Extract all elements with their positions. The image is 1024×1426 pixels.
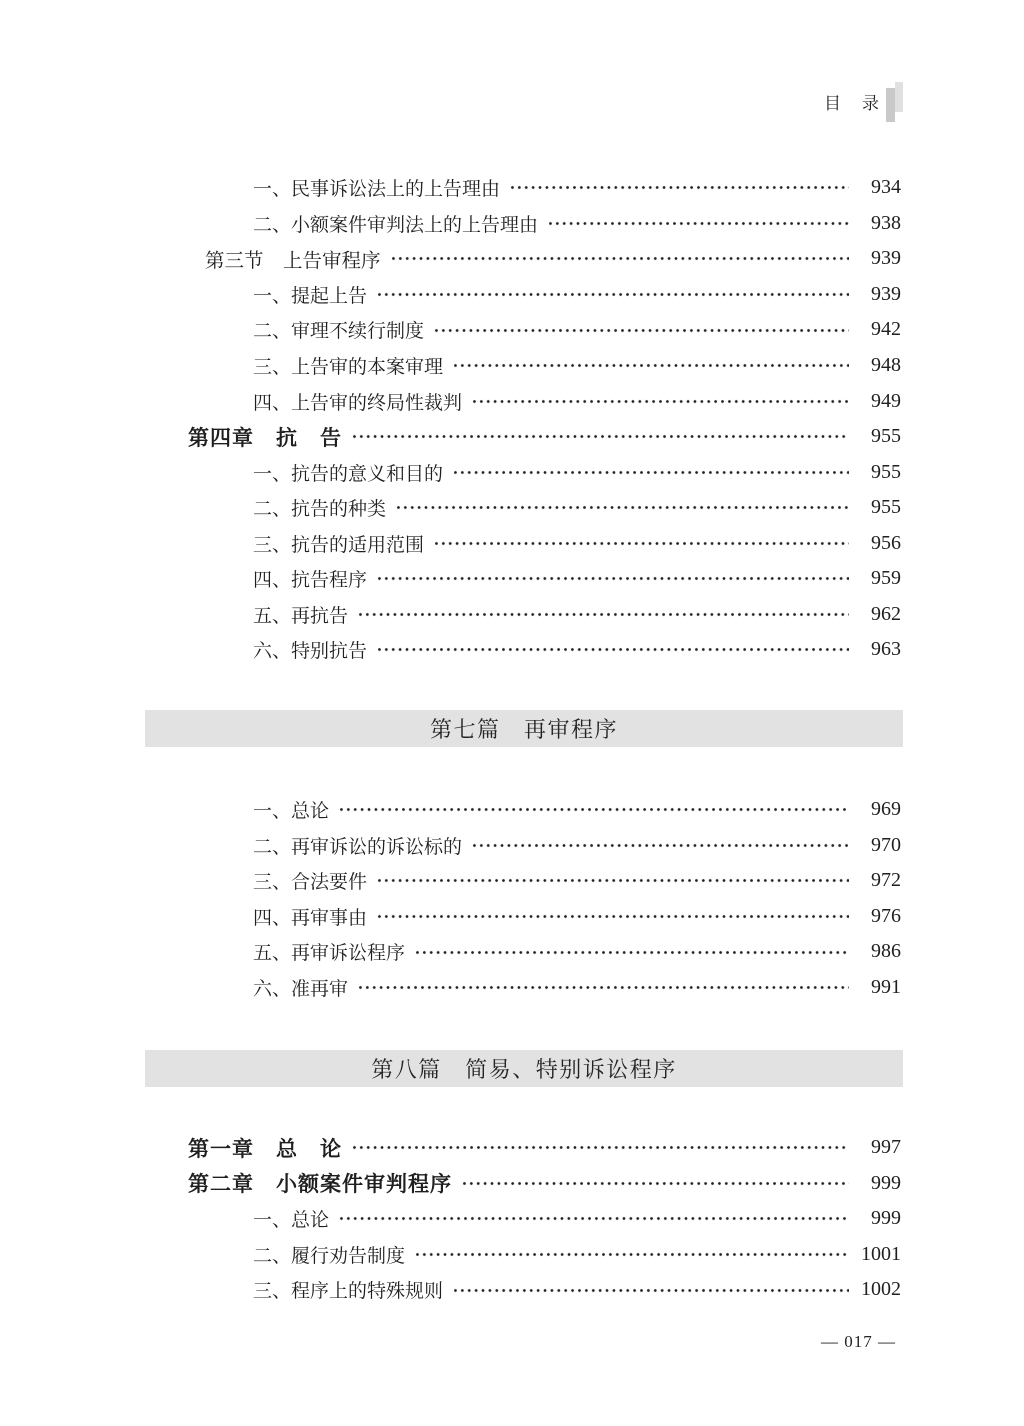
toc-row: 四、抗告程序959 <box>145 561 901 597</box>
toc-entry-label: 一、民事诉讼法上的上告理由 <box>145 174 500 201</box>
toc-entry-label: 二、审理不续行制度 <box>145 316 424 343</box>
toc-entry-label: 二、抗告的种类 <box>145 494 386 521</box>
toc-row: 三、上告审的本案审理948 <box>145 348 901 384</box>
toc-entry-page-number: 955 <box>855 461 901 484</box>
toc-entry-page-number: 997 <box>855 1136 901 1159</box>
toc-row: 四、再审事由976 <box>145 899 901 935</box>
toc-row: 五、再抗告962 <box>145 597 901 633</box>
toc-row: 第四章 抗 告955 <box>145 419 901 455</box>
toc-entry-page-number: 959 <box>855 567 901 590</box>
toc-entry-page-number: 972 <box>855 869 901 892</box>
dotted-leader <box>376 863 849 899</box>
toc-row: 五、再审诉讼程序986 <box>145 934 901 970</box>
toc-row: 二、抗告的种类955 <box>145 490 901 526</box>
toc-entry-label: 六、特别抗告 <box>145 636 367 663</box>
part-banner-title: 第七篇 再审程序 <box>430 713 618 744</box>
toc-entry-page-number: 948 <box>855 354 901 377</box>
toc-entry-label: 四、上告审的终局性裁判 <box>145 388 462 415</box>
dotted-leader <box>547 206 849 242</box>
dotted-leader <box>433 525 849 561</box>
header-accent-bar-dark <box>886 88 895 122</box>
toc-entry-label: 六、准再审 <box>145 974 348 1001</box>
page-header-title: 目 录 <box>824 89 881 114</box>
toc-entry-page-number: 942 <box>855 318 901 341</box>
dotted-leader <box>351 419 849 455</box>
dotted-leader <box>414 934 849 970</box>
dotted-leader <box>509 170 849 206</box>
toc-entry-label: 一、总论 <box>145 1205 329 1232</box>
dotted-leader <box>357 970 849 1006</box>
header-accent-bar-light <box>895 82 903 112</box>
toc-entry-page-number: 991 <box>855 976 901 999</box>
toc-entry-label: 四、抗告程序 <box>145 565 367 592</box>
toc-row: 二、履行劝告制度1001 <box>145 1237 901 1273</box>
toc-entry-label: 二、小额案件审判法上的上告理由 <box>145 210 538 237</box>
toc-entry-label: 二、履行劝告制度 <box>145 1241 405 1268</box>
toc-entry-label: 一、抗告的意义和目的 <box>145 459 443 486</box>
toc-entry-page-number: 938 <box>855 212 901 235</box>
toc-entry-page-number: 955 <box>855 496 901 519</box>
toc-entry-page-number: 963 <box>855 638 901 661</box>
toc-entry-label: 三、合法要件 <box>145 867 367 894</box>
toc-rows-block-3: 第一章 总 论997第二章 小额案件审判程序999一、总论999二、履行劝告制度… <box>145 1130 901 1308</box>
toc-row: 三、抗告的适用范围956 <box>145 525 901 561</box>
dotted-leader <box>395 490 849 526</box>
part-banner-8: 第八篇 简易、特别诉讼程序 <box>145 1050 903 1087</box>
toc-row: 一、总论969 <box>145 792 901 828</box>
toc-entry-page-number: 1001 <box>855 1243 901 1266</box>
toc-row: 一、民事诉讼法上的上告理由934 <box>145 170 901 206</box>
toc-entry-label: 第一章 总 论 <box>145 1133 342 1163</box>
toc-entry-label: 五、再审诉讼程序 <box>145 938 405 965</box>
toc-rows-block-2: 一、总论969二、再审诉讼的诉讼标的970三、合法要件972四、再审事由976五… <box>145 792 901 1005</box>
toc-entry-page-number: 976 <box>855 905 901 928</box>
toc-entry-page-number: 969 <box>855 798 901 821</box>
toc-row: 第三节 上告审程序939 <box>145 241 901 277</box>
part-banner-7: 第七篇 再审程序 <box>145 710 903 747</box>
dotted-leader <box>390 241 849 277</box>
dotted-leader <box>338 1201 849 1237</box>
toc-entry-label: 第四章 抗 告 <box>145 422 342 452</box>
dotted-leader <box>376 899 849 935</box>
toc-row: 二、审理不续行制度942 <box>145 312 901 348</box>
dotted-leader <box>471 828 849 864</box>
dotted-leader <box>338 792 849 828</box>
toc-entry-page-number: 934 <box>855 176 901 199</box>
toc-entry-label: 二、再审诉讼的诉讼标的 <box>145 832 462 859</box>
toc-entry-label: 第二章 小额案件审判程序 <box>145 1168 452 1198</box>
dotted-leader <box>452 454 849 490</box>
toc-entry-page-number: 939 <box>855 283 901 306</box>
toc-row: 四、上告审的终局性裁判949 <box>145 383 901 419</box>
toc-entry-page-number: 1002 <box>855 1278 901 1301</box>
toc-entry-page-number: 956 <box>855 532 901 555</box>
toc-row: 二、小额案件审判法上的上告理由938 <box>145 206 901 242</box>
toc-page: 目 录 一、民事诉讼法上的上告理由934二、小额案件审判法上的上告理由938第三… <box>0 0 1024 1426</box>
toc-row: 一、提起上告939 <box>145 277 901 313</box>
dotted-leader <box>452 348 849 384</box>
part-banner-title: 第八篇 简易、特别诉讼程序 <box>371 1053 677 1084</box>
toc-entry-label: 三、程序上的特殊规则 <box>145 1276 443 1303</box>
toc-entry-page-number: 970 <box>855 834 901 857</box>
toc-entry-page-number: 939 <box>855 247 901 270</box>
dotted-leader <box>351 1130 849 1166</box>
dotted-leader <box>461 1166 849 1202</box>
toc-entry-label: 三、抗告的适用范围 <box>145 530 424 557</box>
dotted-leader <box>376 561 849 597</box>
toc-entry-page-number: 949 <box>855 390 901 413</box>
toc-row: 一、抗告的意义和目的955 <box>145 454 901 490</box>
toc-row: 六、准再审991 <box>145 970 901 1006</box>
dotted-leader <box>433 312 849 348</box>
toc-row: 第一章 总 论997 <box>145 1130 901 1166</box>
toc-row: 第二章 小额案件审判程序999 <box>145 1166 901 1202</box>
toc-entry-label: 第三节 上告审程序 <box>145 245 381 273</box>
folio-page-number: — 017 — <box>821 1332 896 1352</box>
toc-entry-label: 五、再抗告 <box>145 601 348 628</box>
toc-row: 二、再审诉讼的诉讼标的970 <box>145 828 901 864</box>
dotted-leader <box>376 277 849 313</box>
toc-row: 三、程序上的特殊规则1002 <box>145 1272 901 1308</box>
dotted-leader <box>452 1272 849 1308</box>
toc-row: 一、总论999 <box>145 1201 901 1237</box>
dotted-leader <box>471 383 849 419</box>
toc-entry-page-number: 999 <box>855 1207 901 1230</box>
toc-entry-page-number: 955 <box>855 425 901 448</box>
dotted-leader <box>376 632 849 668</box>
toc-row: 六、特别抗告963 <box>145 632 901 668</box>
toc-entry-page-number: 986 <box>855 940 901 963</box>
dotted-leader <box>357 597 849 633</box>
dotted-leader <box>414 1237 849 1273</box>
toc-entry-label: 一、总论 <box>145 796 329 823</box>
toc-entry-page-number: 999 <box>855 1172 901 1195</box>
toc-entry-label: 一、提起上告 <box>145 281 367 308</box>
toc-row: 三、合法要件972 <box>145 863 901 899</box>
toc-rows-block-1: 一、民事诉讼法上的上告理由934二、小额案件审判法上的上告理由938第三节 上告… <box>145 170 901 668</box>
toc-entry-label: 三、上告审的本案审理 <box>145 352 443 379</box>
toc-entry-page-number: 962 <box>855 603 901 626</box>
toc-entry-label: 四、再审事由 <box>145 903 367 930</box>
